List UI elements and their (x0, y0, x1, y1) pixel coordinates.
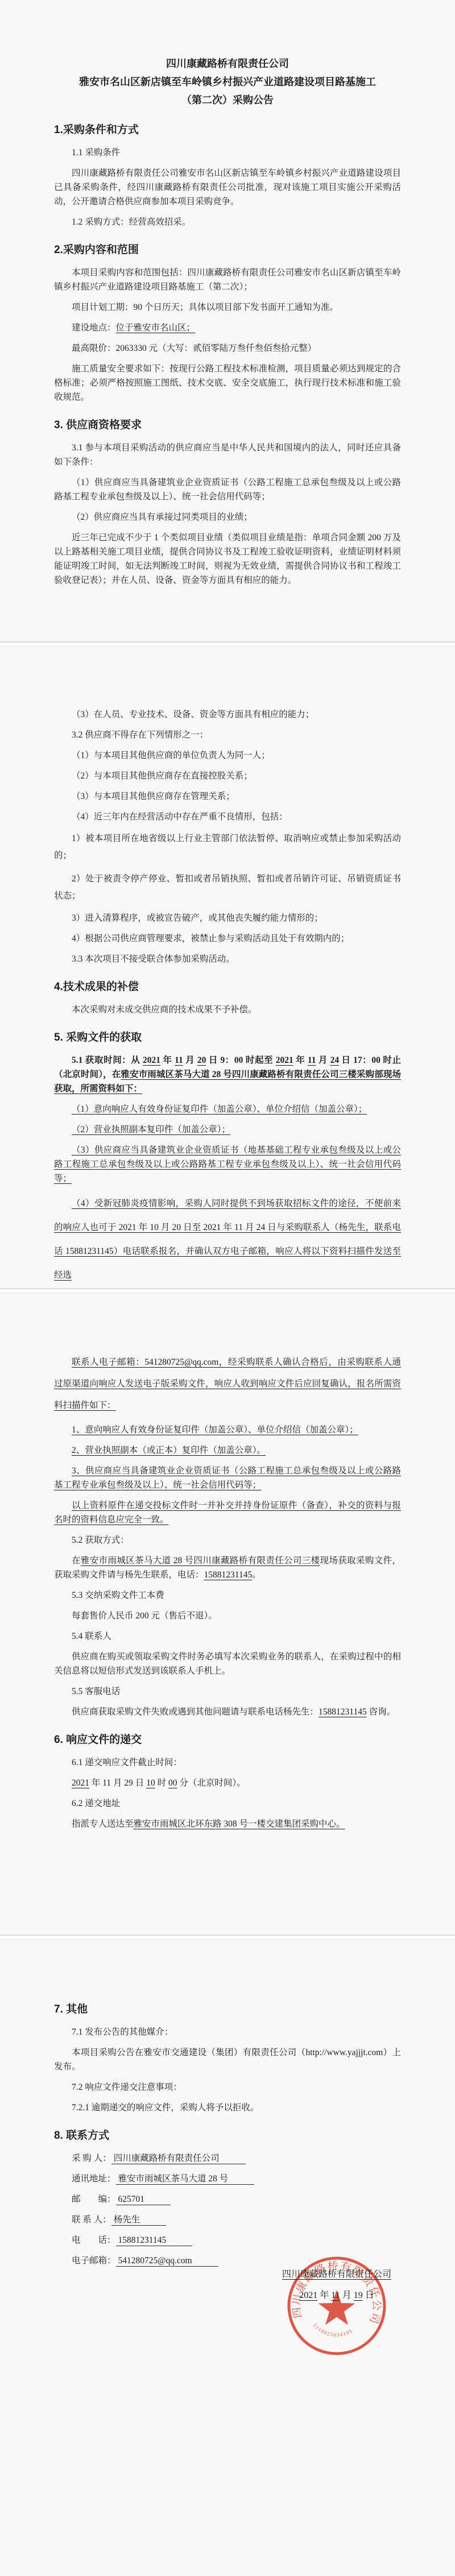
underlined-text: 11 (175, 1055, 183, 1065)
underlined-text: 19 (354, 2291, 363, 2300)
text-run: 年 (293, 1055, 308, 1065)
paragraph: （4）近三年内在经营活动中存在严重不良情形，包括： (54, 810, 401, 824)
paragraph: 供应商获取采购文件失败或遇到其他问题请与联系电话杨先生：15881231145 … (54, 1705, 401, 1719)
paragraph: 3.1 参与本项目采购活动的供应商应当是中华人民共和国境内的法人，同时还应具备如… (54, 441, 401, 469)
paragraph: 指派专人送达至雅安市雨城区北环东路 308 号一楼交建集团采购中心。 (54, 1817, 401, 1831)
text-run: 日 (363, 2291, 374, 2300)
underlined-text: 雅安市雨城区茶马大道 28 号四川康藏路桥有限责任公司三楼 (81, 1556, 320, 1566)
paragraph: 6.2 递交地址 (54, 1796, 401, 1811)
paragraph: 2021 年 11 月 29 日 10 时 00 分（北京时间）。 (54, 1776, 401, 1790)
text-run: 在 (72, 1556, 81, 1566)
underlined-text: 1、意向响应人有效身份证复印件（加盖公章）、单位介绍信（加盖公章）； (72, 1425, 358, 1435)
paragraph: 5.1 获取时间：从 2021 年 11 月 20 日 9：00 时起至 202… (54, 1053, 401, 1096)
paragraph: 3）进入清算程序，或被宣告破产，或其他丧失履约能力情形的； (54, 911, 401, 925)
text-run: 供应商获取采购文件失败或遇到其他问题请与联系电话杨先生： (72, 1707, 318, 1717)
company-signature: 四川康藏路桥有限责任公司 (282, 2264, 391, 2285)
text-run: （1）供应商应当具备建筑业企业资质证书（公路工程施工总承包叁级及以上或公路路基工… (54, 478, 401, 502)
text-run: 日 9：00 时起至 (206, 1055, 275, 1065)
paragraph: 3、供应商应当具备建筑业企业资质证书（公路工程施工总承包叁级及以上或公路路基工程… (54, 1464, 401, 1492)
section-heading: 8. 联系方式 (54, 2128, 401, 2143)
paragraph: （1）供应商应当具备建筑业企业资质证书（公路工程施工总承包叁级及以上或公路路基工… (54, 475, 401, 504)
contact-label: 电子邮箱： (72, 2256, 116, 2266)
text-run: 7.2.1 逾期递交的响应文件，采购人将予以拒收。 (72, 2103, 259, 2113)
text-run: 每套售价人民币 200 元（售后不退）。 (72, 1611, 217, 1621)
paragraph: 本项目采购公告在雅安市交通建设（集团）有限责任公司（http://www.yaj… (54, 2045, 401, 2074)
text-run: 本项目采购公告在雅安市交通建设（集团）有限责任公司（http://www.yaj… (54, 2048, 401, 2072)
text-run: 7.2 响应文件递交注意事项： (72, 2082, 182, 2092)
paragraph: 5.3 交纳采购文件工本费 (54, 1588, 401, 1602)
contact-field: 通讯地址：雅安市雨城区茶马大道 28 号 (54, 2172, 401, 2186)
text-run: 施工质量安全要求如下：按现行公路工程技术标准检测，项目质量必须达到规定的合格标准… (54, 364, 401, 402)
underlined-text: 2021 (143, 1055, 160, 1065)
underlined-text: （1）意向响应人有效身份证复印件（加盖公章）、单位介绍信（加盖公章）； (72, 1104, 367, 1114)
scanned-document: 四川康藏路桥有限责任公司雅安市名山区新店镇至车岭镇乡村振兴产业道路建设项目路基施… (0, 0, 455, 2576)
section-heading: 7. 其他 (54, 2002, 401, 2017)
contact-value: 四川康藏路桥有限责任公司 (111, 2153, 246, 2164)
text-run: 5.2 获取方式： (72, 1535, 129, 1545)
paragraph: 项目计划工期：90 个日历天；具体以项目部下发书面开工通知为准。 (54, 300, 401, 314)
document-page-4: 7. 其他7.1 发布公告的其他媒介：本项目采购公告在雅安市交通建设（集团）有限… (0, 1940, 455, 2576)
underlined-text: （4）受新冠肺炎疫情影响，采购人同时提供不到场获取招标文件的途径，不便前来的响应… (54, 1199, 401, 1280)
text-run: （4）近三年内在经营活动中存在严重不良情形，包括： (72, 812, 288, 822)
underlined-text: 20 (197, 1055, 206, 1065)
paragraph: 4）根据公司供应商管理要求，被禁止参与采购活动且处于有效期内的； (54, 931, 401, 946)
text-run: 项目计划工期：90 个日历天；具体以项目部下发书面开工通知为准。 (72, 303, 338, 312)
text-run: 。 (252, 1570, 261, 1580)
text-run: 分（北京时间）。 (177, 1778, 245, 1788)
paragraph: 5.2 获取方式： (54, 1533, 401, 1547)
document-page-2: （3）在人员、专业技术、设备、资金等方面具有相应的能力；3.2 供应商不得存在下… (0, 647, 455, 1288)
underlined-text: 联系人电子邮箱：541280725@qq.com，经采购联系人确认合格后，由采购… (54, 1357, 401, 1410)
text-run: 年 (317, 2291, 331, 2300)
paragraph: 最高限价：2063330 元（大写：贰佰零陆万叁仟叁佰叁拾元整） (54, 341, 401, 355)
page-separator (0, 1288, 455, 1293)
paragraph: 施工质量安全要求如下：按现行公路工程技术标准检测，项目质量必须达到规定的合格标准… (54, 362, 401, 404)
section-heading: 2.采购内容和范围 (54, 243, 401, 258)
underlined-text: 11 (308, 1055, 316, 1065)
paragraph: 5.4 联系人 (54, 1629, 401, 1643)
text-run: 6.2 递交地址 (72, 1799, 120, 1808)
paragraph: 在雅安市雨城区茶马大道 28 号四川康藏路桥有限责任公司三楼现场获取采购文件，获… (54, 1554, 401, 1582)
contact-field: 邮 编：625701 (54, 2192, 401, 2206)
text-run: 最高限价：2063330 元（大写：贰佰零陆万叁仟叁佰叁拾元整） (72, 343, 316, 353)
text-run: 1.2 采购方式：经营高效招采。 (72, 217, 191, 227)
text-run: 年 11 月 29 日 (89, 1778, 146, 1788)
text-run: 月 (183, 1055, 197, 1065)
paragraph: （4）受新冠肺炎疫情影响，采购人同时提供不到场获取招标文件的途径，不便前来的响应… (54, 1192, 401, 1287)
paragraph: 5.5 客服电话 (54, 1684, 401, 1699)
seal-number: 5118025034105 (312, 2322, 354, 2338)
paragraph: 近三年已完成不少于 1 个类似项目业绩（类似项目业绩是指：单项合同金额 200 … (54, 531, 401, 587)
text-run: 供应商在购买或领取采购文件时务必填写本次采购业务的联系人，在采购过程中的相关信息… (54, 1652, 401, 1676)
signature-date: 2021 年 11 月 19 日 (282, 2285, 391, 2306)
paragraph: 1.2 采购方式：经营高效招采。 (54, 215, 401, 229)
text-run: 年 (160, 1055, 175, 1065)
contact-field: 联 系 人：杨先生 (54, 2213, 401, 2227)
underlined-text: 00 (168, 1778, 177, 1788)
text-run: 四川康藏路桥有限责任公司雅安市名山区新店镇至车岭镇乡村振兴产业道路建设项目已具备… (54, 168, 401, 206)
underlined-text: 11 (331, 2291, 340, 2300)
text-run: 5.1 获取时间：从 (72, 1055, 143, 1065)
text-run: 月 (316, 1055, 330, 1065)
paragraph: 以上资料原件在递交投标文件时一并补交并持身份证原件（备查），补交的资料与报名时的… (54, 1498, 401, 1527)
contact-value: 625701 (116, 2194, 171, 2205)
contact-label: 采 购 人： (72, 2153, 111, 2163)
underlined-text: 24 (330, 1055, 340, 1065)
paragraph: （2）供应商应当具有承接过同类项目的业绩； (54, 510, 401, 524)
text-run: 时 (155, 1778, 168, 1788)
paragraph: （1）意向响应人有效身份证复印件（加盖公章）、单位介绍信（加盖公章）； (54, 1102, 401, 1116)
paragraph: 3.2 供应商不得存在下列情形之一： (54, 728, 401, 742)
text-run: 3.3 本次项目不接受联合体参加采购活动。 (72, 954, 235, 964)
paragraph: 1、意向响应人有效身份证复印件（加盖公章）、单位介绍信（加盖公章）； (54, 1423, 401, 1437)
doc-title-line: （第二次）采购公告 (54, 91, 401, 109)
paragraph: （2）营业执照副本复印件（加盖公章）； (54, 1123, 401, 1137)
text-run: 1）被本项目所在地省级以上行业主管部门依法暂停、取消响应或禁止参加采购活动的； (54, 834, 401, 860)
paragraph: 1.1 采购条件 (54, 146, 401, 160)
underlined-text: 3、供应商应当具备建筑业企业资质证书（公路工程施工总承包叁级及以上或公路路基工程… (54, 1466, 401, 1490)
paragraph: （3）供应商应当具备建筑业企业资质证书（地基基础工程专业承包叁级及以上或公路工程… (54, 1143, 401, 1186)
text-run: 5.5 客服电话 (72, 1687, 120, 1696)
paragraph: 3.3 本次项目不接受联合体参加采购活动。 (54, 952, 401, 966)
text-run: 近三年已完成不少于 1 个类似项目业绩（类似项目业绩是指：单项合同金额 200 … (54, 533, 401, 585)
text-run: 月 (340, 2291, 354, 2300)
underlined-text: 2021 (276, 1055, 293, 1065)
paragraph: （1）与本项目其他供应商的单位负责人为同一人； (54, 748, 401, 763)
page-separator (0, 641, 455, 647)
underlined-text: 2、营业执照副本（或正本）复印件（加盖公章）。 (72, 1446, 266, 1455)
underlined-text: 以上资料原件在递交投标文件时一并补交并持身份证原件（备查），补交的资料与报名时的… (54, 1501, 401, 1525)
page-separator (0, 1935, 455, 1940)
paragraph: 建设地点：位于雅安市名山区； (54, 321, 401, 335)
contact-value: 杨先生 (111, 2215, 167, 2226)
paragraph: 供应商在购买或领取采购文件时务必填写本次采购业务的联系人，在采购过程中的相关信息… (54, 1650, 401, 1678)
section-heading: 6. 响应文件的递交 (54, 1733, 401, 1747)
contact-value: 15881231145 (116, 2235, 193, 2246)
contact-label: 联 系 人： (72, 2215, 111, 2225)
text-run: 咨询。 (367, 1707, 395, 1717)
underlined-text: 15881231145 (318, 1707, 367, 1717)
paragraph: 2、营业执照副本（或正本）复印件（加盖公章）。 (54, 1443, 401, 1457)
underlined-text: 2021 (72, 1778, 89, 1788)
text-run: 6.1 递交响应文件截止时间： (72, 1758, 182, 1767)
contact-field: 电 话：15881231145 (54, 2233, 401, 2247)
doc-title: 四川康藏路桥有限责任公司雅安市名山区新店镇至车岭镇乡村振兴产业道路建设项目路基施… (54, 55, 401, 109)
paragraph: 联系人电子邮箱：541280725@qq.com，经采购联系人确认合格后，由采购… (54, 1352, 401, 1417)
paragraph: 本项目采购内容和范围包括：四川康藏路桥有限责任公司雅安市名山区新店镇至车岭镇乡村… (54, 266, 401, 294)
paragraph: （3）与本项目其他供应商存在管理关系； (54, 789, 401, 804)
text-run: （2）供应商应当具有承接过同类项目的业绩； (72, 512, 253, 522)
text-run: （3）在人员、专业技术、设备、资金等方面具有相应的能力； (72, 710, 314, 719)
text-run: 5.3 交纳采购文件工本费 (72, 1591, 164, 1600)
section-heading: 5. 采购文件的获取 (54, 1030, 401, 1045)
contact-label: 邮 编： (72, 2194, 116, 2204)
paragraph: 每套售价人民币 200 元（售后不退）。 (54, 1609, 401, 1623)
contact-value: 雅安市雨城区茶马大道 28 号 (116, 2174, 255, 2185)
paragraph: （2）与本项目其他供应商存在直接控股关系； (54, 769, 401, 783)
signature-block: 四川康藏路桥有限责任公司2021 年 11 月 19 日 (282, 2264, 391, 2306)
text-run: （3）与本项目其他供应商存在管理关系； (72, 792, 235, 801)
contact-field: 采 购 人：四川康藏路桥有限责任公司 (54, 2151, 401, 2165)
text-run: 建设地点： (72, 323, 116, 333)
contact-value: 541280725@qq.com (116, 2256, 218, 2267)
text-run: 本次采购对未成交供应商的技术成果不予补偿。 (72, 1005, 257, 1014)
paragraph: 四川康藏路桥有限责任公司雅安市名山区新店镇至车岭镇乡村振兴产业道路建设项目已具备… (54, 166, 401, 209)
text-run: 指派专人送达至 (72, 1819, 134, 1829)
paragraph: 7.2 响应文件递交注意事项： (54, 2080, 401, 2094)
underlined-text: 2021 (299, 2291, 317, 2300)
section-heading: 1.采购条件和方式 (54, 123, 401, 138)
paragraph: 2）处于被责令停产停业、暂扣或者吊销执照、暂扣或者吊销许可证、吊销资质证书状态； (54, 871, 401, 905)
text-run: 2）处于被责令停产停业、暂扣或者吊销执照、暂扣或者吊销许可证、吊销资质证书状态； (54, 874, 401, 901)
text-run: 本项目采购内容和范围包括：四川康藏路桥有限责任公司雅安市名山区新店镇至车岭镇乡村… (54, 268, 401, 292)
paragraph: 6.1 递交响应文件截止时间： (54, 1755, 401, 1770)
contact-label: 电 话： (72, 2235, 116, 2245)
underlined-text: 位于雅安市名山区； (116, 323, 196, 333)
text-run: 1.1 采购条件 (72, 148, 120, 158)
text-run: 5.4 联系人 (72, 1631, 111, 1641)
text-run: 3.2 供应商不得存在下列情形之一： (72, 730, 208, 740)
underlined-text: （3）供应商应当具备建筑业企业资质证书（地基基础工程专业承包叁级及以上或公路工程… (54, 1145, 401, 1183)
text-run: 4）根据公司供应商管理要求，被禁止参与采购活动且处于有效期内的； (72, 934, 349, 943)
section-heading: 4.技术成果的补偿 (54, 980, 401, 995)
doc-title-line: 雅安市名山区新店镇至车岭镇乡村振兴产业道路建设项目路基施工 (54, 73, 401, 91)
paragraph: 本次采购对未成交供应商的技术成果不予补偿。 (54, 1003, 401, 1017)
document-page-3: 联系人电子邮箱：541280725@qq.com，经采购联系人确认合格后，由采购… (0, 1293, 455, 1935)
text-run: （1）与本项目其他供应商的单位负责人为同一人； (72, 751, 270, 760)
paragraph: 7.1 发布公告的其他媒介： (54, 2025, 401, 2039)
paragraph: 7.2.1 逾期递交的响应文件，采购人将予以拒收。 (54, 2101, 401, 2115)
text-run: 3）进入清算程序，或被宣告破产，或其他丧失履约能力情形的； (72, 913, 323, 923)
underlined-text: 15881231145 (204, 1570, 253, 1580)
underlined-text: （2）营业执照副本复印件（加盖公章）； (72, 1125, 230, 1134)
underlined-text: 10 (146, 1778, 155, 1788)
contact-label: 通讯地址： (72, 2174, 116, 2184)
underlined-text: 雅安市雨城区北环东路 308 号一楼交建集团采购中心。 (134, 1819, 345, 1829)
doc-title-line: 四川康藏路桥有限责任公司 (54, 55, 401, 73)
paragraph: 1）被本项目所在地省级以上行业主管部门依法暂停、取消响应或禁止参加采购活动的； (54, 830, 401, 864)
document-page-1: 四川康藏路桥有限责任公司雅安市名山区新店镇至车岭镇乡村振兴产业道路建设项目路基施… (0, 0, 455, 641)
text-run: 3.1 参与本项目采购活动的供应商应当是中华人民共和国境内的法人，同时还应具备如… (54, 443, 401, 467)
text-run: （2）与本项目其他供应商存在直接控股关系； (72, 771, 253, 781)
paragraph: （3）在人员、专业技术、设备、资金等方面具有相应的能力； (54, 707, 401, 722)
text-run: 7.1 发布公告的其他媒介： (72, 2027, 173, 2037)
section-heading: 3. 供应商资格要求 (54, 418, 401, 433)
